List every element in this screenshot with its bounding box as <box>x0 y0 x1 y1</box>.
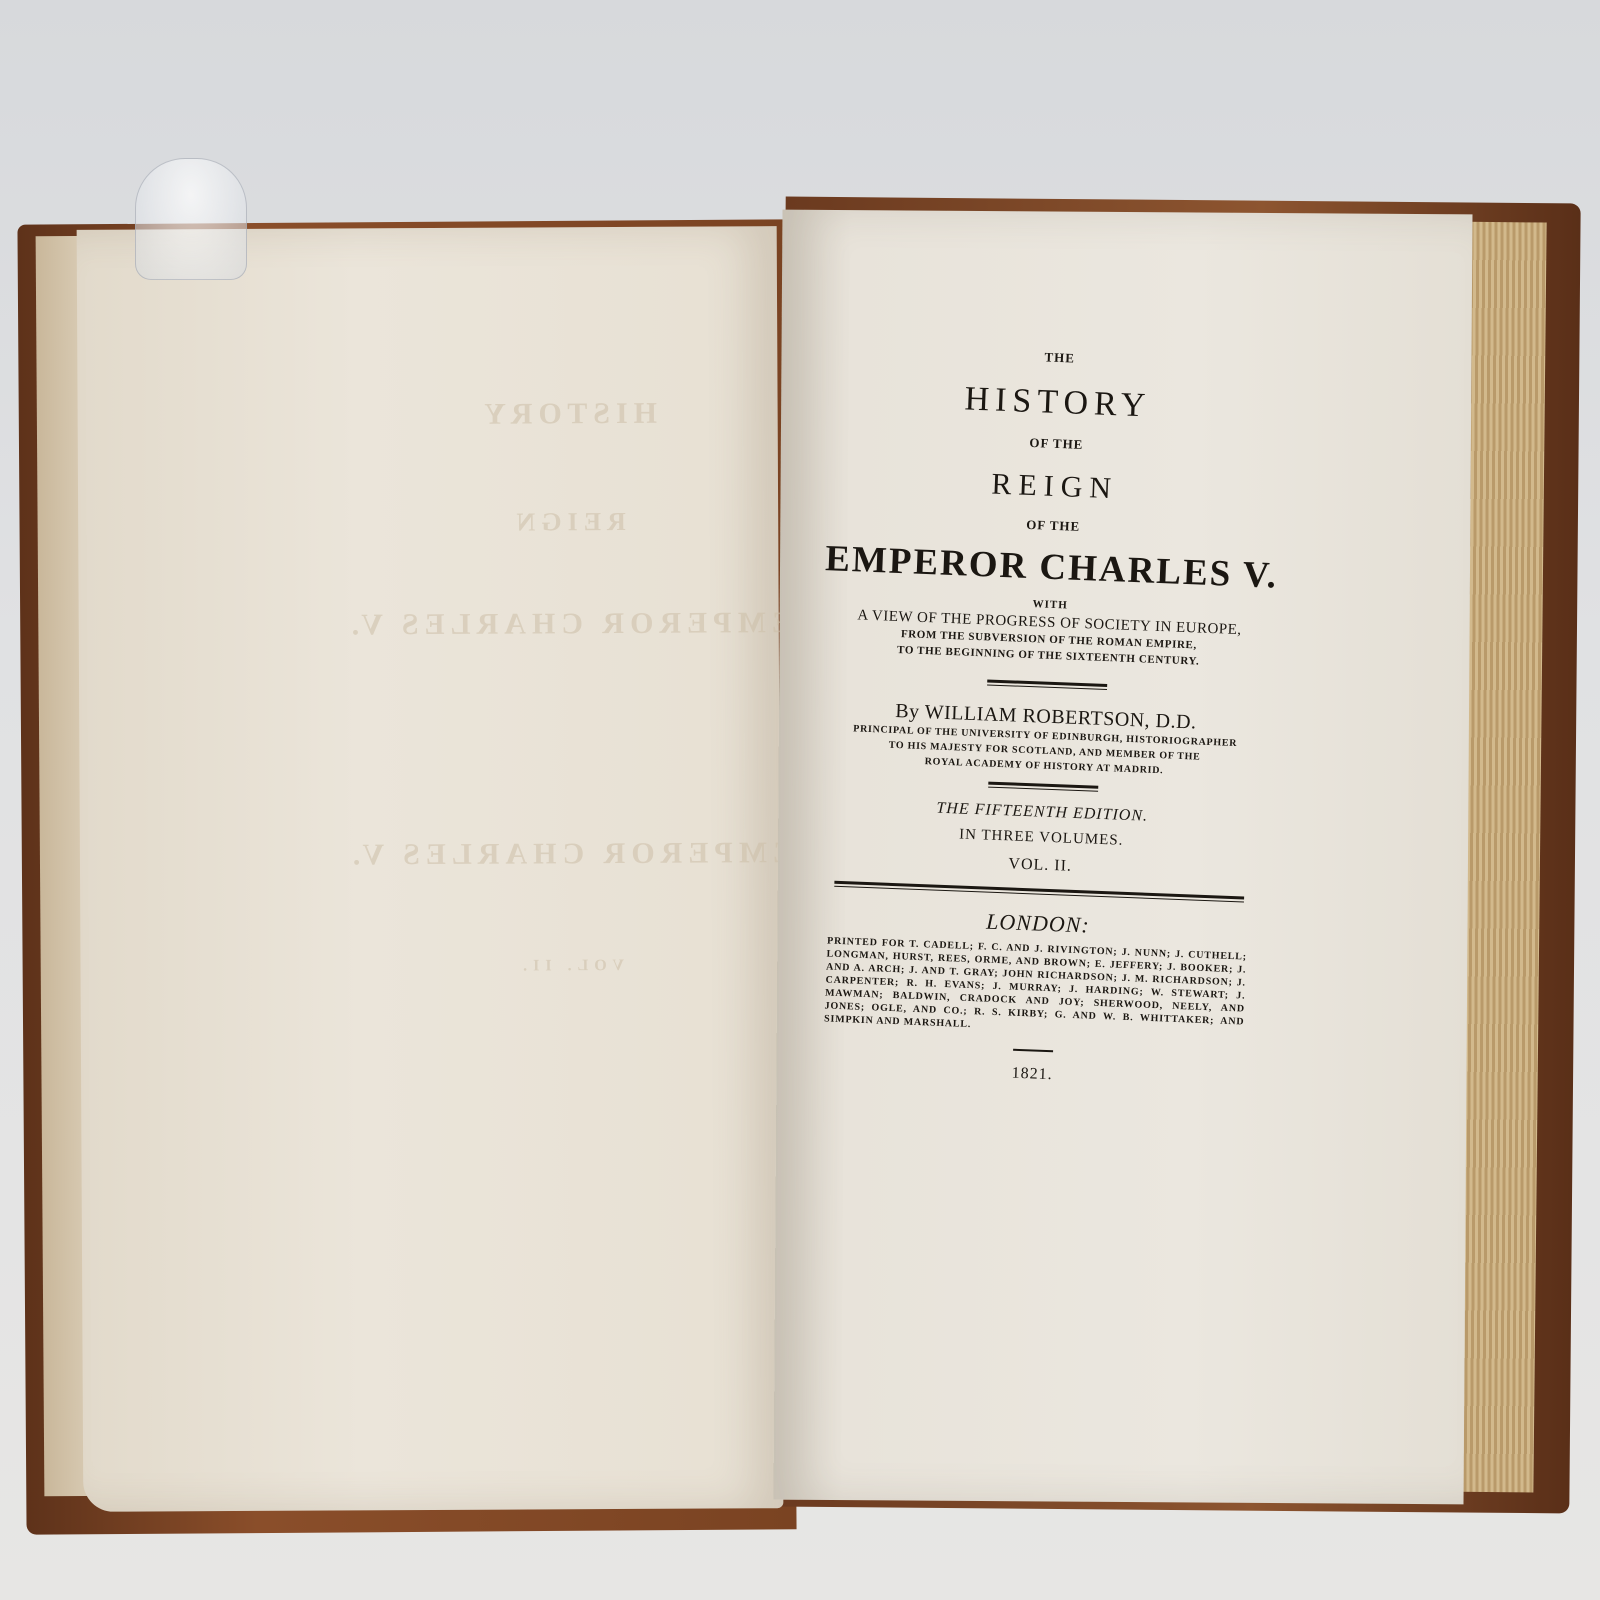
title-reign: REIGN <box>814 461 1295 513</box>
ghost-volume: VOL. II. <box>320 956 820 977</box>
ghost-emperor: EMPEROR CHARLES V. <box>319 606 819 643</box>
title-emperor: EMPEROR CHARLES V. <box>811 537 1292 598</box>
ghost-reign: REIGN <box>318 506 818 539</box>
rule-3 <box>834 881 1244 903</box>
ghost-emperor-reverse: EMPEROR CHARLES V. <box>320 836 820 873</box>
book-photo: HISTORY REIGN EMPEROR CHARLES V. EMPEROR… <box>0 0 1600 1600</box>
rule-2 <box>988 782 1098 792</box>
title-page-text: THE HISTORY OF THE REIGN OF THE EMPEROR … <box>792 341 1300 1093</box>
ghost-history: HISTORY <box>318 396 818 433</box>
title-of-the-2: OF THE <box>813 509 1293 543</box>
title-history: HISTORY <box>817 375 1298 431</box>
imprint-printers: PRINTED FOR T. CADELL; F. C. AND J. RIVI… <box>824 935 1247 1042</box>
title-of-the-1: OF THE <box>816 427 1296 461</box>
rule-1 <box>987 679 1107 690</box>
rule-4 <box>1013 1049 1053 1053</box>
left-blank-page: HISTORY REIGN EMPEROR CHARLES V. EMPEROR… <box>77 226 784 1512</box>
clear-page-clip <box>135 158 247 280</box>
